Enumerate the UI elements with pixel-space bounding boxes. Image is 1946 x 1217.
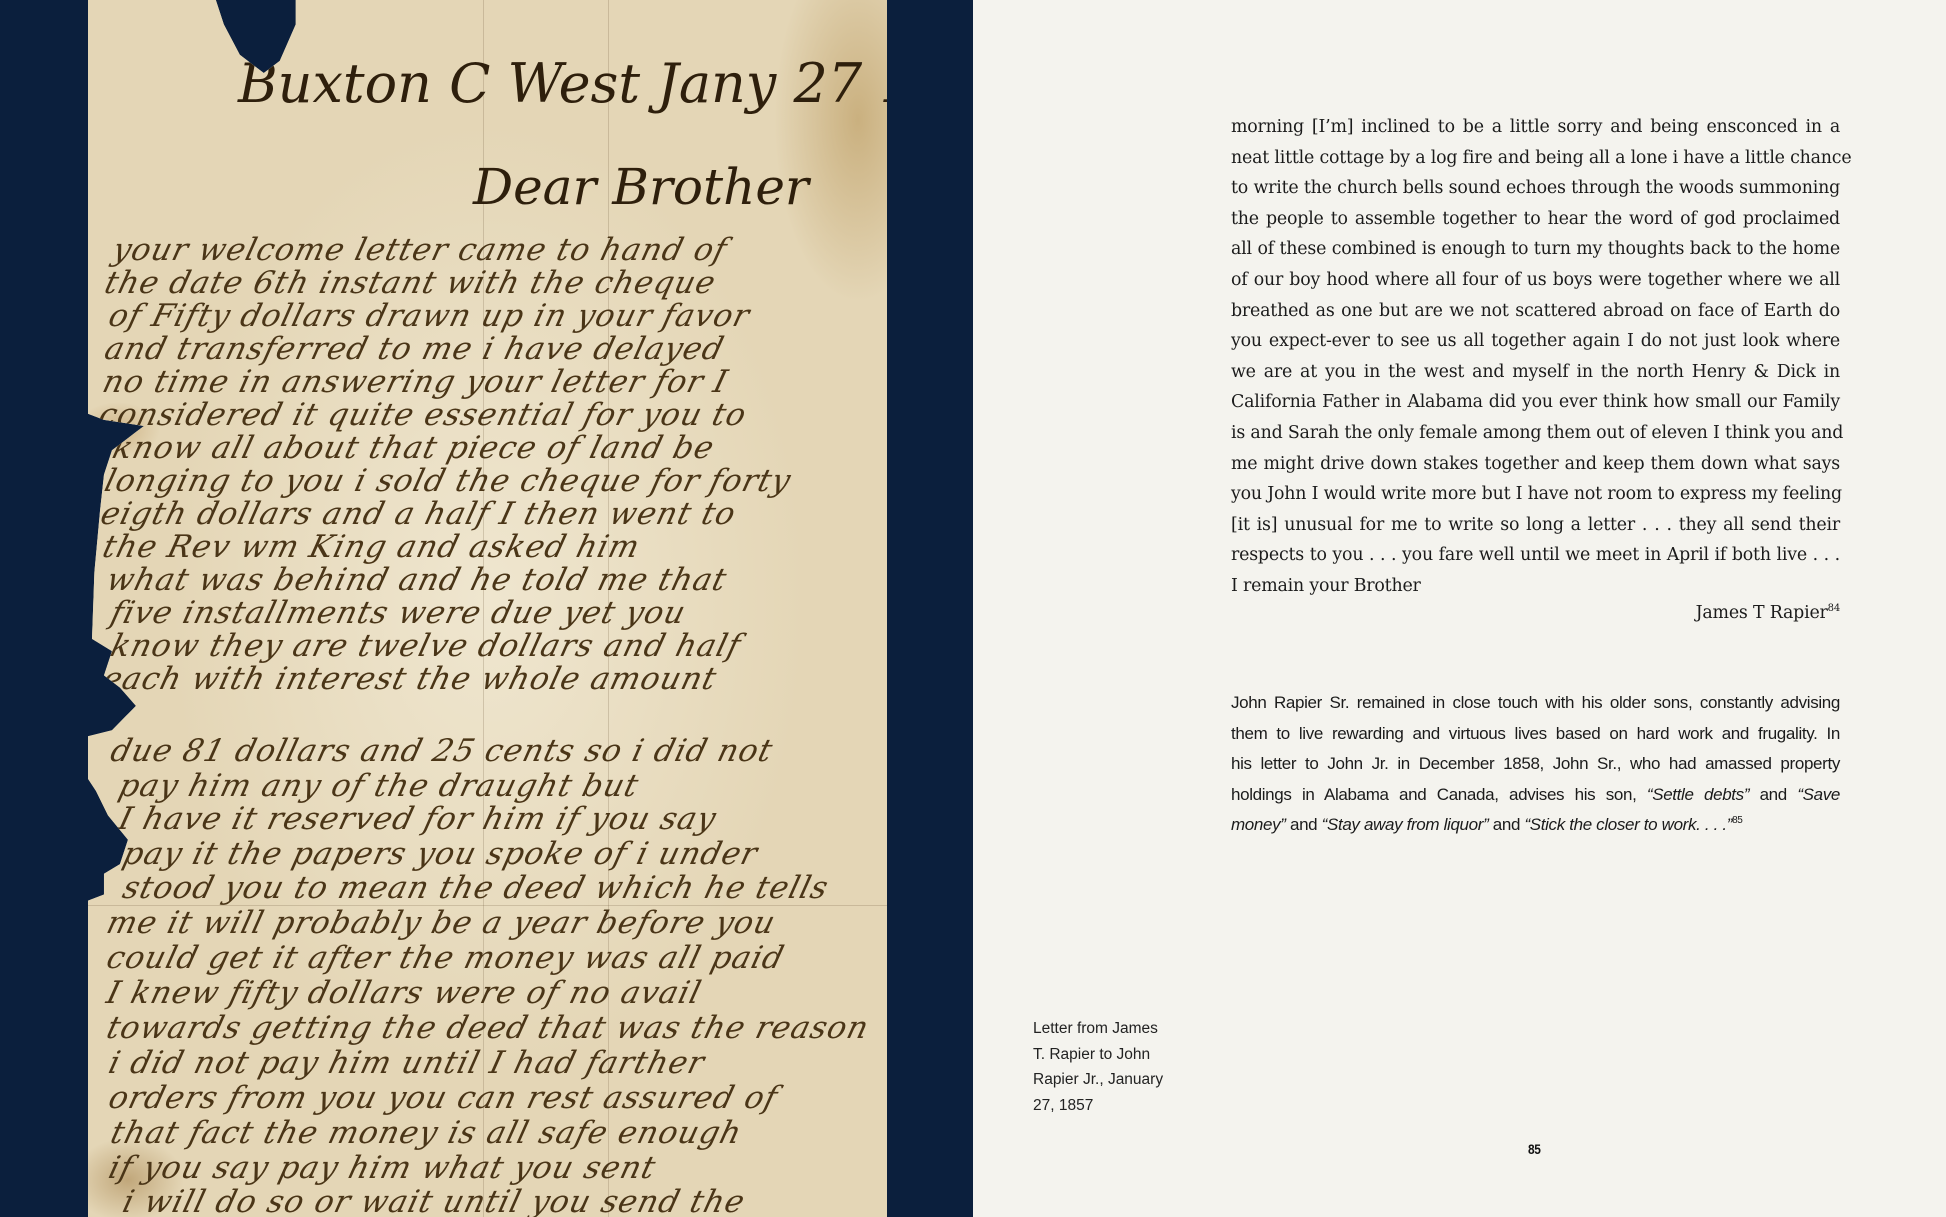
quote-line: you John I would write more but I have n…	[1231, 479, 1840, 510]
narrative-line: them to live rewarding and virtuous live…	[1231, 719, 1840, 750]
quoted-advice: “Settle debts”	[1647, 785, 1749, 804]
letter-line: the date 6th instant with the cheque	[101, 265, 720, 301]
letter-line: could get it after the money was all pai…	[103, 940, 788, 976]
quote-line: is and Sarah the only female among them …	[1231, 418, 1840, 449]
quote-line: to write the church bells sound echoes t…	[1231, 173, 1840, 204]
letter-line: me it will probably be a year before you	[103, 905, 780, 941]
caption-line: Letter from James	[1033, 1016, 1203, 1042]
book-spread: Buxton C West Jany 27 185 Dear Brother y…	[0, 0, 1946, 1217]
letter-line: that fact the money is all safe enough	[107, 1115, 746, 1151]
letter-line: orders from you you can rest assured of	[105, 1080, 782, 1116]
caption-line: 27, 1857	[1033, 1093, 1203, 1119]
letter-line: what was behind and he told me that	[103, 562, 731, 598]
quote-line: respects to you . . . you fare well unti…	[1231, 540, 1840, 571]
letter-line: if you say pay him what you sent	[105, 1150, 660, 1186]
letter-line: i did not pay him until I had farther	[105, 1045, 709, 1081]
handwritten-letter-image: Buxton C West Jany 27 185 Dear Brother y…	[88, 0, 887, 1217]
letter-line: five installments were due yet you	[107, 595, 690, 631]
letter-signature: James T Rapier84	[1231, 598, 1840, 628]
left-page-navy-background: Buxton C West Jany 27 185 Dear Brother y…	[0, 0, 973, 1217]
footnote-marker: 84	[1828, 603, 1840, 614]
quote-line: morning [I’m] inclined to be a little so…	[1231, 112, 1840, 143]
page-number: 85	[1528, 1141, 1540, 1157]
letter-line: eigth dollars and a half I then went to	[97, 496, 740, 532]
letter-line: know all about that piece of land be	[109, 430, 718, 466]
footnote-marker: 85	[1732, 815, 1742, 826]
quote-line: of our boy hood where all four of us boy…	[1231, 265, 1840, 296]
letter-salutation: Dear Brother	[473, 158, 809, 216]
right-page: morning [I’m] inclined to be a little so…	[973, 0, 1946, 1217]
narrative-text: and	[1286, 815, 1322, 834]
narrative-line: his letter to John Jr. in December 1858,…	[1231, 749, 1840, 780]
letter-line: I have it reserved for him if you say	[115, 801, 720, 837]
signature-name: James T Rapier	[1696, 603, 1828, 623]
quote-line: California Father in Alabama did you eve…	[1231, 387, 1840, 418]
caption-line: T. Rapier to John	[1033, 1042, 1203, 1068]
letter-line: pay it the papers you spoke of i under	[119, 836, 762, 872]
letter-line: each with interest the whole amount	[99, 661, 721, 697]
letter-line: your welcome letter came to hand of	[109, 232, 731, 268]
letter-line: and transferred to me i have delayed	[101, 331, 728, 367]
image-caption: Letter from James T. Rapier to John Rapi…	[1033, 1016, 1203, 1118]
letter-line: of Fifty dollars drawn up in your favor	[105, 298, 754, 334]
quoted-advice: “Stay away from liquor”	[1322, 815, 1489, 834]
narrative-line: holdings in Alabama and Canada, advises …	[1231, 780, 1840, 811]
narrative-paragraph: John Rapier Sr. remained in close touch …	[1231, 688, 1840, 841]
letter-line: longing to you i sold the cheque for for…	[101, 463, 795, 499]
letter-transcription-quote: morning [I’m] inclined to be a little so…	[1231, 112, 1840, 602]
narrative-text: and	[1749, 785, 1797, 804]
quoted-advice: “Stick the closer to work. . . .”	[1524, 815, 1732, 834]
letter-line: towards getting the deed that was the re…	[103, 1010, 873, 1046]
quote-line: me might drive down stakes together and …	[1231, 449, 1840, 480]
quote-line: neat little cottage by a log fire and be…	[1231, 143, 1840, 174]
narrative-line: John Rapier Sr. remained in close touch …	[1231, 688, 1840, 719]
letter-line: no time in answering your letter for I	[99, 364, 732, 400]
letter-line: due 81 dollars and 25 cents so i did not	[107, 733, 777, 769]
letter-line: pay him any of the draught but	[115, 768, 643, 804]
quoted-advice: “Save	[1797, 785, 1840, 804]
quote-line: you expect-ever to see us all together a…	[1231, 326, 1840, 357]
caption-line: Rapier Jr., January	[1033, 1067, 1203, 1093]
letter-line: know they are twelve dollars and half	[107, 628, 745, 664]
letter-line: stood you to mean the deed which he tell…	[119, 870, 833, 906]
letter-line: the Rev wm King and asked him	[99, 529, 644, 565]
quote-line: I remain your Brother	[1231, 571, 1840, 602]
narrative-text: and	[1488, 815, 1524, 834]
quoted-advice: money”	[1231, 815, 1286, 834]
letter-header-place-date: Buxton C West Jany 27 185	[238, 52, 973, 115]
quote-line: the people to assemble together to hear …	[1231, 204, 1840, 235]
letter-line: considered it quite essential for you to	[95, 397, 750, 433]
narrative-line: money” and “Stay away from liquor” and “…	[1231, 810, 1840, 841]
quote-line: breathed as one but are we not scattered…	[1231, 296, 1840, 327]
quote-line: [it is] unusual for me to write so long …	[1231, 510, 1840, 541]
letter-line: I knew fifty dollars were of no avail	[103, 975, 705, 1011]
letter-line: i will do so or wait until you send the	[119, 1184, 749, 1217]
quote-line: we are at you in the west and myself in …	[1231, 357, 1840, 388]
narrative-text: holdings in Alabama and Canada, advises …	[1231, 785, 1647, 804]
quote-line: all of these combined is enough to turn …	[1231, 234, 1840, 265]
